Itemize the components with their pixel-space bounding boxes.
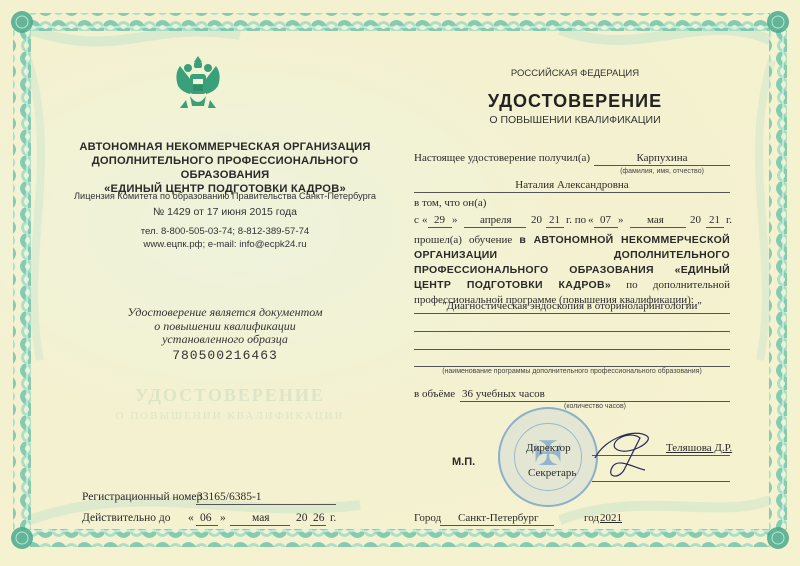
reg-label: Регистрационный номер — [82, 491, 202, 503]
name-caption: (фамилия, имя, отчество) — [594, 168, 730, 175]
program-line-3 — [414, 349, 730, 350]
volume-caption: (количество часов) — [460, 403, 730, 410]
valid-day-line — [196, 525, 218, 526]
certificate-title: УДОСТОВЕРЕНИЕ — [420, 91, 730, 112]
organization-name: АВТОНОМНАЯ НЕКОММЕРЧЕСКАЯ ОРГАНИЗАЦИЯ ДО… — [60, 140, 390, 196]
year-value: 2021 — [600, 512, 622, 524]
volume-value: 36 учебных часов — [462, 388, 545, 400]
valid-quote-open: « — [188, 512, 194, 524]
to-year-suffix: г. — [726, 214, 732, 226]
reg-number: 33165/6385-1 — [197, 491, 262, 503]
certificate-subtitle: О ПОВЫШЕНИИ КВАЛИФИКАЦИИ — [420, 114, 730, 126]
year-label: год — [584, 512, 599, 524]
recipient-surname: Карпухина — [594, 152, 730, 164]
document-note: Удостоверение является документом о повы… — [80, 306, 370, 347]
website-email: www.ецпк.рф; e-mail: info@ecpk24.ru — [60, 238, 390, 251]
that-label: в том, что он(а) — [414, 197, 486, 209]
surname-line — [594, 165, 730, 166]
valid-label: Действительно до — [82, 512, 170, 524]
program-line-4 — [414, 366, 730, 367]
program-caption: (наименование программы дополнительного … — [414, 368, 730, 375]
reg-number-line — [196, 504, 336, 505]
from-month: апреля — [480, 214, 512, 226]
license-text: Лицензия Комитета по образованию Правите… — [60, 191, 390, 201]
training-paragraph: прошел(а) обучение в АВТОНОМНОЙ НЕКОММЕР… — [414, 233, 730, 308]
stamp-place-label: М.П. — [452, 456, 475, 468]
to-month: мая — [647, 214, 664, 226]
director-label: Директор — [526, 442, 571, 454]
program-line-2 — [414, 331, 730, 332]
valid-year: 26 — [313, 512, 325, 524]
valid-month: мая — [252, 512, 270, 524]
city-line — [440, 525, 554, 526]
city-value: Санкт-Петербург — [458, 512, 538, 524]
to-year-line — [706, 227, 724, 228]
license-number: № 1429 от 17 июня 2015 года — [60, 206, 390, 218]
to-quote-open: « — [588, 214, 594, 226]
to-month-line — [630, 227, 686, 228]
watermark: УДОСТОВЕРЕНИЕ — [100, 385, 360, 406]
director-name: Теляшова Д.Р. — [666, 442, 732, 454]
volume-prefix: в объёме — [414, 388, 455, 400]
official-stamp: ✠ — [498, 407, 598, 507]
from-day-line — [428, 227, 452, 228]
received-label: Настоящее удостоверение получил(а) — [414, 152, 590, 164]
watermark-sub: О ПОВЫШЕНИИ КВАЛИФИКАЦИИ — [100, 410, 360, 422]
double-headed-eagle-icon — [168, 52, 228, 114]
from-quote-open: « — [422, 214, 428, 226]
valid-year-prefix: 20 — [296, 512, 308, 524]
to-quote-close: » — [618, 214, 624, 226]
contacts: тел. 8-800-505-03-74; 8-812-389-57-74 ww… — [60, 225, 390, 251]
country-name: РОССИЙСКАЯ ФЕДЕРАЦИЯ — [420, 68, 730, 79]
valid-year-suffix: г. — [330, 512, 336, 524]
to-day: 07 — [600, 214, 611, 226]
org-line-1: АВТОНОМНАЯ НЕКОММЕРЧЕСКАЯ ОРГАНИЗАЦИЯ — [60, 140, 390, 154]
valid-month-line — [230, 525, 290, 526]
from-quote-close: » — [452, 214, 458, 226]
note-line-1: Удостоверение является документом — [80, 306, 370, 320]
city-label: Город — [414, 512, 441, 524]
to-year-prefix: 20 — [690, 214, 701, 226]
certificate-page: АВТОНОМНАЯ НЕКОММЕРЧЕСКАЯ ОРГАНИЗАЦИЯ ДО… — [0, 0, 800, 566]
from-year-prefix: 20 — [531, 214, 542, 226]
from-year-line — [546, 227, 564, 228]
valid-day: 06 — [200, 512, 212, 524]
from-year: 21 — [549, 214, 560, 226]
volume-line — [460, 401, 730, 402]
serial-number: 780500216463 — [80, 348, 370, 363]
from-day: 29 — [434, 214, 445, 226]
to-prefix: г. по — [566, 214, 586, 226]
given-names-line — [414, 192, 730, 193]
to-day-line — [594, 227, 618, 228]
note-line-3: установленного образца — [80, 333, 370, 347]
valid-year-line — [310, 525, 326, 526]
recipient-given-names: Наталия Александровна — [414, 179, 730, 191]
para-start: прошел(а) обучение — [414, 234, 512, 246]
phone-numbers: тел. 8-800-505-03-74; 8-812-389-57-74 — [60, 225, 390, 238]
valid-quote-close: » — [220, 512, 226, 524]
org-line-2: ДОПОЛНИТЕЛЬНОГО ПРОФЕССИОНАЛЬНОГО ОБРАЗО… — [60, 154, 390, 182]
signature — [585, 418, 660, 488]
program-name: "Диагностическая эндоскопия в оторинолар… — [414, 300, 730, 312]
note-line-2: о повышении квалификации — [80, 320, 370, 334]
program-line-1 — [414, 313, 730, 314]
secretary-label: Секретарь — [528, 467, 576, 479]
to-year: 21 — [709, 214, 720, 226]
from-prefix: с — [414, 214, 419, 226]
from-month-line — [464, 227, 526, 228]
